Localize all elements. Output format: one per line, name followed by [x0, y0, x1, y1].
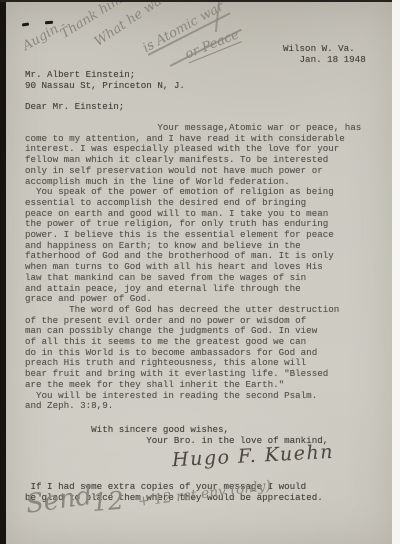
ink-dash-mark	[22, 23, 29, 27]
salutation: Dear Mr. Einstein;	[25, 102, 124, 113]
letter-paper: Augin - Thank him - What he wants is Ato…	[6, 2, 392, 544]
letter-body: Your message,Atomic war or peace, has co…	[25, 123, 361, 412]
recipient-address: Mr. Albert Einstein; 90 Nassau St, Princ…	[25, 70, 185, 91]
scan-margin-right	[392, 0, 400, 544]
pencil-note-bottom-word2: 12	[91, 486, 125, 517]
scanned-letter: Augin - Thank him - What he wants is Ato…	[0, 0, 400, 544]
scan-edge-top	[0, 0, 400, 2]
scan-edge-left	[0, 0, 6, 544]
dateline: Wilson W. Va. Jan. 18 1948	[283, 44, 366, 65]
